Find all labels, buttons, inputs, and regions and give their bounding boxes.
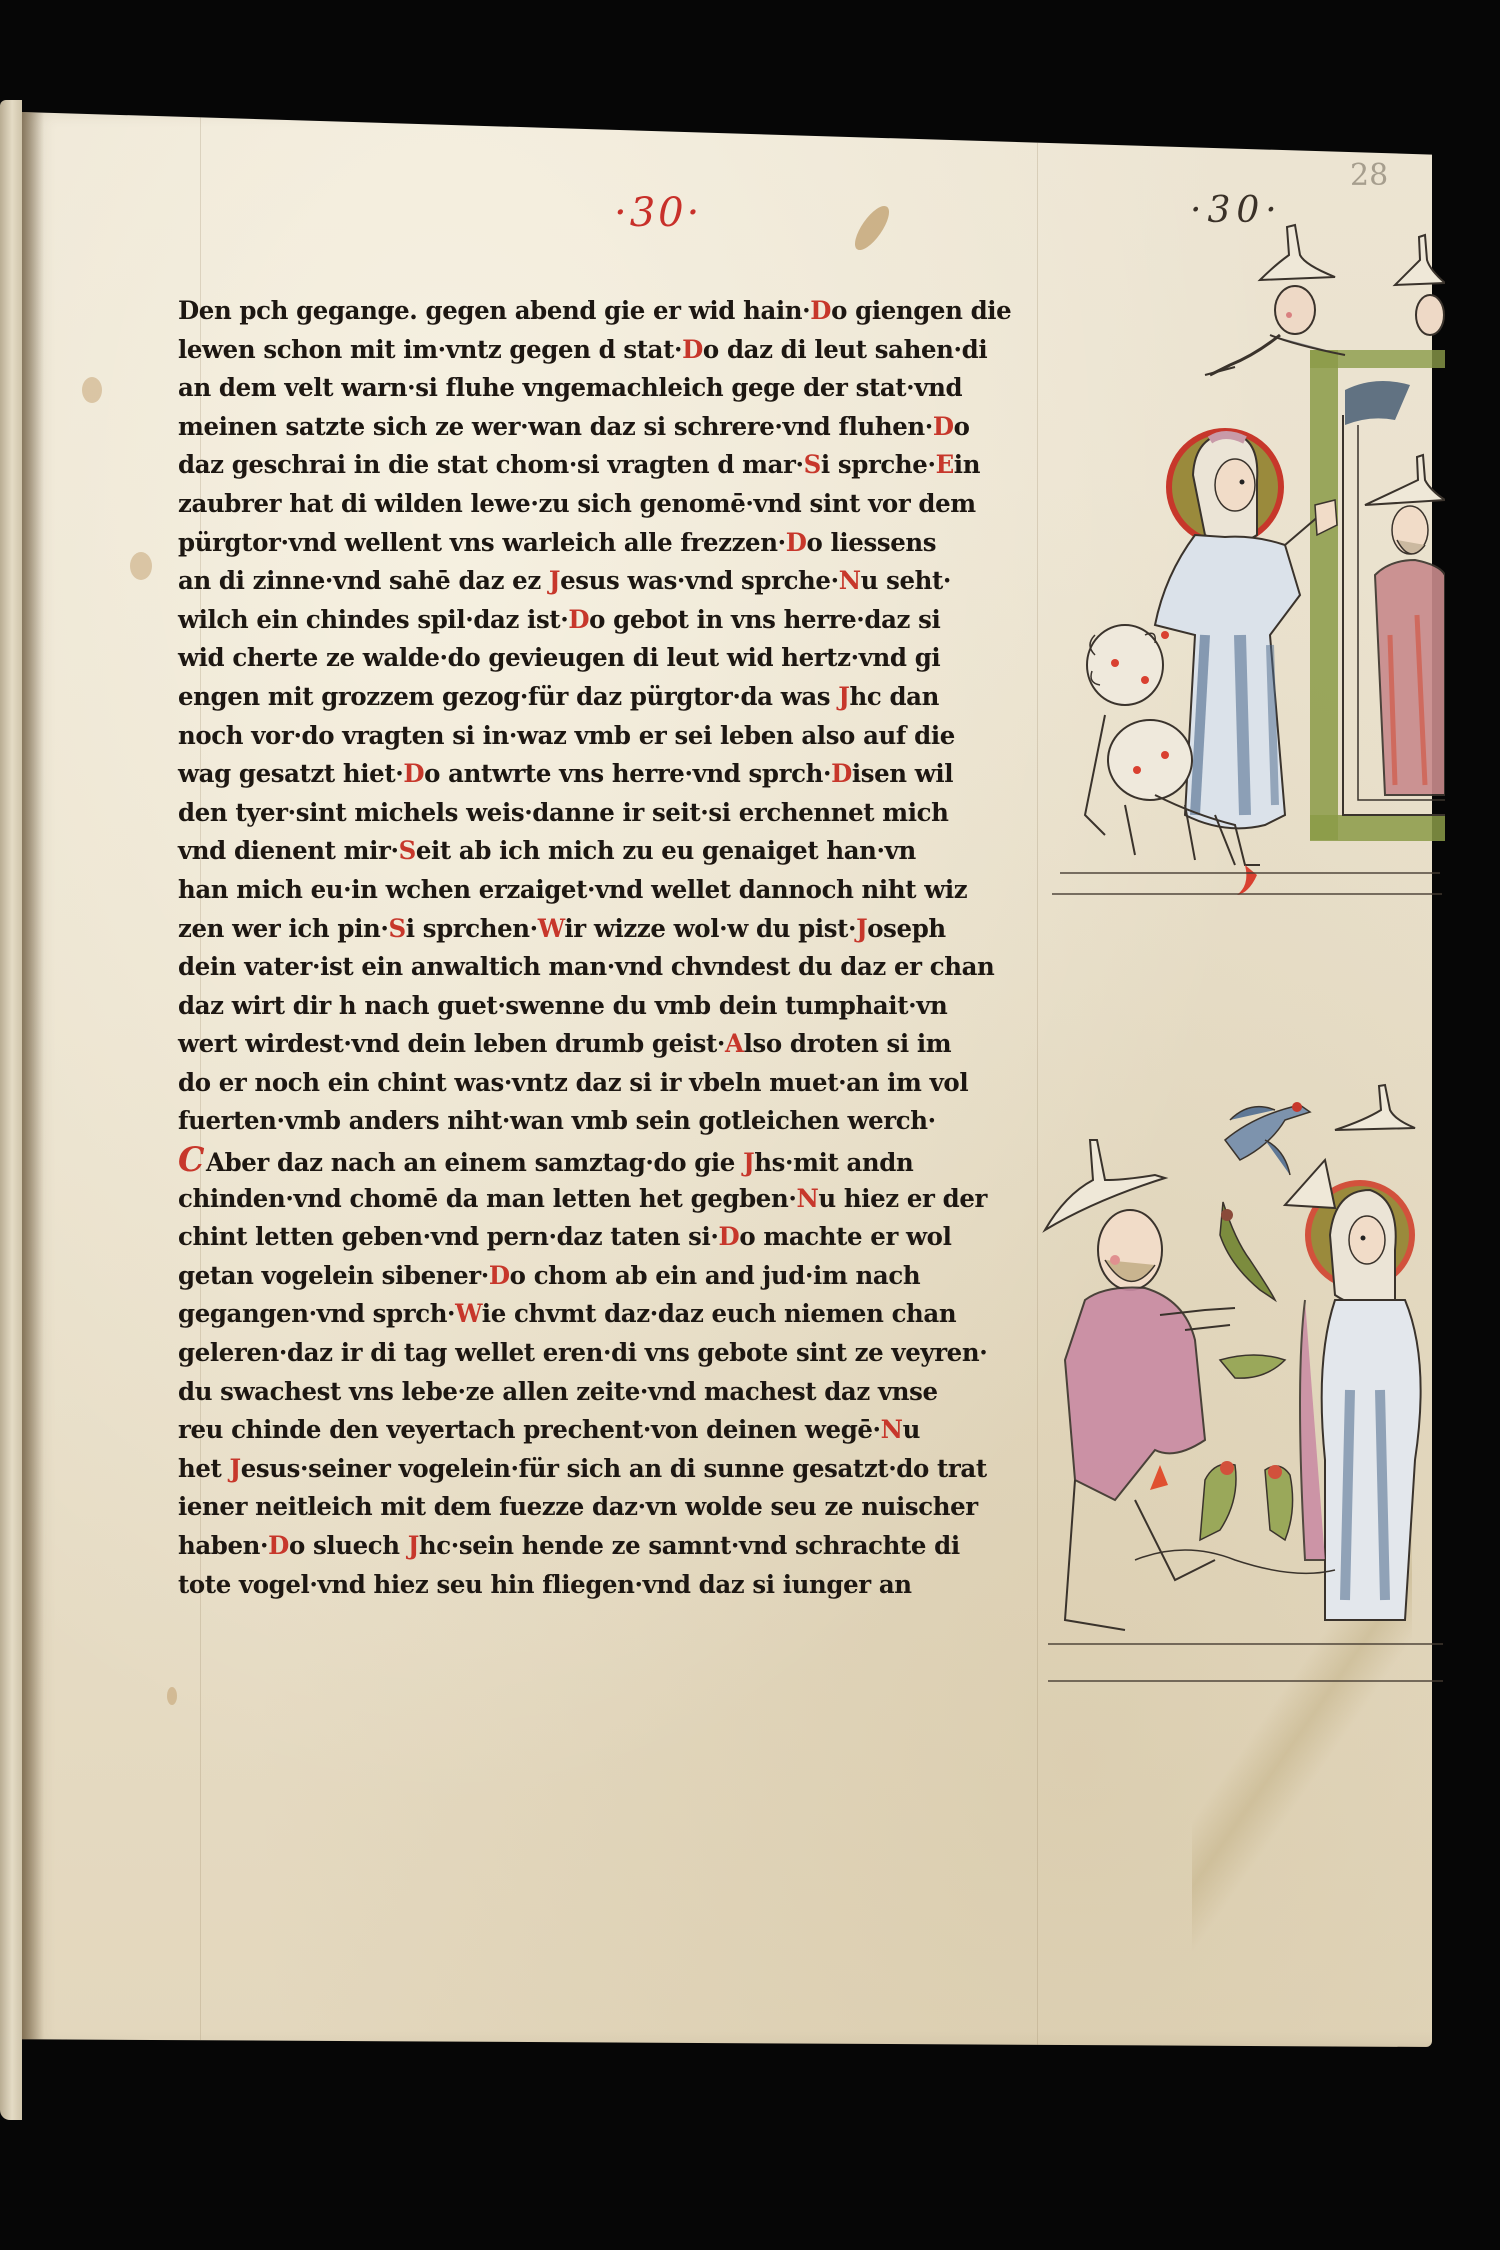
rubricated-letter: J	[549, 566, 560, 595]
gutter-shadow	[22, 112, 44, 2047]
manuscript-text-line: meinen satzte sich ze wer·wan daz si sch…	[178, 408, 1038, 447]
rubricated-letter: D	[568, 605, 589, 634]
rubricated-letter: D	[719, 1222, 740, 1251]
text-segment: zen wer ich pin·	[178, 914, 388, 943]
text-segment: zaubrer hat di wilden lewe·zu sich genom…	[178, 489, 976, 518]
text-segment: fuerten·vmb anders niht·wan vmb sein got…	[178, 1106, 936, 1135]
manuscript-text-line: haben·Do sluech Jhc·sein hende ze samnt·…	[178, 1527, 1038, 1566]
text-segment: o daz di leut sahen·di	[703, 335, 987, 364]
text-segment: i sprche·	[821, 450, 936, 479]
text-segment: noch vor·do vragten si in·waz vmb er sei…	[178, 721, 955, 750]
text-segment: do er noch ein chint was·vntz daz si ir …	[178, 1068, 968, 1097]
adjacent-page-edge	[0, 100, 22, 2120]
text-segment: chint letten geben·vnd pern·daz taten si…	[178, 1222, 719, 1251]
folio-number-pencil: 28	[1350, 158, 1388, 193]
manuscript-text-line: wert wirdest·vnd dein leben drumb geist·…	[178, 1025, 1038, 1064]
text-segment: wilch ein chindes spil·daz ist·	[178, 605, 568, 634]
text-segment: o liessens	[807, 528, 937, 557]
text-segment: o chom ab ein and jud·im nach	[510, 1261, 921, 1290]
illustration-frame-line	[1060, 872, 1440, 874]
rubricated-letter: J	[838, 682, 849, 711]
manuscript-text-line: den tyer·sint michels weis·danne ir seit…	[178, 794, 1038, 833]
text-segment: reu chinde den veyertach prechent·von de…	[178, 1415, 881, 1444]
text-segment: isen wil	[852, 759, 953, 788]
manuscript-text-line: zen wer ich pin·Si sprchen·Wir wizze wol…	[178, 910, 1038, 949]
manuscript-text-line: an di zinne·vnd sahē daz ez Jesus was·vn…	[178, 562, 1038, 601]
text-segment: pürgtor·vnd wellent vns warleich alle fr…	[178, 528, 786, 557]
manuscript-text-line: du swachest vns lebe·ze allen zeite·vnd …	[178, 1373, 1038, 1412]
text-segment: o machte er wol	[739, 1222, 951, 1251]
clay-birds-drawing	[1035, 1060, 1445, 1680]
manuscript-text-line: Den pch gegange. gegen abend gie er wid …	[178, 292, 1038, 331]
text-segment: geleren·daz ir di tag wellet eren·di vns…	[178, 1338, 987, 1367]
manuscript-text-line: daz wirt dir h nach guet·swenne du vmb d…	[178, 987, 1038, 1026]
rubricated-letter: D	[403, 759, 424, 788]
text-segment: o	[954, 412, 970, 441]
manuscript-text-line: tote vogel·vnd hiez seu hin fliegen·vnd …	[178, 1566, 1038, 1605]
text-segment: lso droten si im	[744, 1029, 952, 1058]
rubricated-letter: D	[268, 1531, 289, 1560]
text-segment: esus was·vnd sprche·	[560, 566, 839, 595]
text-segment: hs·mit andn	[754, 1148, 913, 1177]
text-segment: eit ab ich mich zu eu genaiget han·vn	[416, 836, 916, 865]
manuscript-text-line: an dem velt warn·si fluhe vngemachleich …	[178, 369, 1038, 408]
rubricated-letter: D	[933, 412, 954, 441]
manuscript-text-line: lewen schon mit im·vntz gegen d stat·Do …	[178, 331, 1038, 370]
text-segment: o gebot in vns herre·daz si	[589, 605, 940, 634]
text-segment: du swachest vns lebe·ze allen zeite·vnd …	[178, 1377, 938, 1406]
rubricated-letter: D	[831, 759, 852, 788]
text-segment: in	[954, 450, 980, 479]
manuscript-text-line: pürgtor·vnd wellent vns warleich alle fr…	[178, 524, 1038, 563]
manuscript-text-line: do er noch ein chint was·vntz daz si ir …	[178, 1064, 1038, 1103]
manuscript-scan: ·30· ·30· 28 Den pch gegange. gegen aben…	[0, 0, 1500, 2250]
rubricated-letter: D	[810, 296, 831, 325]
text-segment: iener neitleich mit dem fuezze daz·vn wo…	[178, 1492, 978, 1521]
manuscript-text-line: getan vogelein sibener·Do chom ab ein an…	[178, 1257, 1038, 1296]
rubricated-letter: E	[936, 450, 954, 479]
text-segment: u	[903, 1415, 920, 1444]
illustration-frame-line	[1048, 1680, 1443, 1682]
text-segment: hc dan	[849, 682, 938, 711]
manuscript-text-line: wilch ein chindes spil·daz ist·Do gebot …	[178, 601, 1038, 640]
manuscript-text-line: daz geschrai in die stat chom·si vragten…	[178, 446, 1038, 485]
text-segment: ie chvmt daz·daz euch niemen chan	[482, 1299, 956, 1328]
text-segment: esus·seiner vogelein·für sich an di sunn…	[241, 1454, 987, 1483]
rubricated-letter: S	[388, 914, 405, 943]
text-segment: o giengen die	[831, 296, 1011, 325]
text-segment: lewen schon mit im·vntz gegen d stat·	[178, 335, 682, 364]
manuscript-text-line: dein vater·ist ein anwaltich man·vnd chv…	[178, 948, 1038, 987]
illustration-jesus-with-lions	[1045, 215, 1445, 905]
text-segment: gegangen·vnd sprch·	[178, 1299, 455, 1328]
text-segment: vnd dienent mir·	[178, 836, 399, 865]
rubricated-letter: W	[455, 1299, 482, 1328]
stain	[82, 377, 102, 403]
stain	[167, 1687, 177, 1705]
text-segment: daz geschrai in die stat chom·si vragten…	[178, 450, 804, 479]
illustration-frame-line	[1052, 893, 1442, 895]
manuscript-text-line: CAber daz nach an einem samztag·do gie J…	[178, 1141, 1038, 1180]
text-segment: haben·	[178, 1531, 268, 1560]
illustration-frame-line	[1048, 1643, 1443, 1645]
rubricated-letter: W	[538, 914, 565, 943]
text-segment: o sluech	[289, 1531, 408, 1560]
text-segment: hc·sein hende ze samnt·vnd schrachte di	[419, 1531, 960, 1560]
rubricated-letter: S	[399, 836, 416, 865]
manuscript-text-line: fuerten·vmb anders niht·wan vmb sein got…	[178, 1102, 1038, 1141]
folio-number-rubricated: ·30·	[614, 190, 702, 236]
manuscript-text-line: han mich eu·in wchen erzaiget·vnd wellet…	[178, 871, 1038, 910]
text-segment: tote vogel·vnd hiez seu hin fliegen·vnd …	[178, 1570, 912, 1599]
text-segment: an di zinne·vnd sahē daz ez	[178, 566, 549, 595]
manuscript-text-line: engen mit grozzem gezog·für daz pürgtor·…	[178, 678, 1038, 717]
text-segment: getan vogelein sibener·	[178, 1261, 489, 1290]
text-segment: het	[178, 1454, 230, 1483]
rubricated-letter: D	[786, 528, 807, 557]
stain	[130, 552, 152, 580]
rubricated-letter: S	[804, 450, 821, 479]
rubricated-letter: J	[856, 914, 867, 943]
rubricated-letter: A	[725, 1029, 744, 1058]
manuscript-text-line: vnd dienent mir·Seit ab ich mich zu eu g…	[178, 832, 1038, 871]
text-segment: o antwrte vns herre·vnd sprch·	[424, 759, 831, 788]
text-segment: Aber daz nach an einem samztag·do gie	[206, 1148, 743, 1177]
manuscript-text-line: wid cherte ze walde·do gevieugen di leut…	[178, 639, 1038, 678]
manuscript-text-line: reu chinde den veyertach prechent·von de…	[178, 1411, 1038, 1450]
rubricated-initial: C	[178, 1141, 204, 1180]
rubricated-letter: N	[796, 1184, 818, 1213]
rubricated-letter: J	[408, 1531, 419, 1560]
text-segment: wert wirdest·vnd dein leben drumb geist·	[178, 1029, 725, 1058]
text-segment: wid cherte ze walde·do gevieugen di leut…	[178, 643, 940, 672]
text-segment: ir wizze wol·w du pist·	[564, 914, 856, 943]
manuscript-text-line: geleren·daz ir di tag wellet eren·di vns…	[178, 1334, 1038, 1373]
rubricated-letter: N	[839, 566, 861, 595]
text-segment: meinen satzte sich ze wer·wan daz si sch…	[178, 412, 933, 441]
text-segment: Den pch gegange. gegen abend gie er wid …	[178, 296, 810, 325]
text-segment: den tyer·sint michels weis·danne ir seit…	[178, 798, 949, 827]
rubricated-letter: N	[881, 1415, 903, 1444]
text-segment: i sprchen·	[406, 914, 538, 943]
manuscript-text-line: chint letten geben·vnd pern·daz taten si…	[178, 1218, 1038, 1257]
manuscript-text-line: noch vor·do vragten si in·waz vmb er sei…	[178, 717, 1038, 756]
stain	[849, 201, 895, 255]
text-column: Den pch gegange. gegen abend gie er wid …	[178, 292, 1058, 1604]
manuscript-text-line: chinden·vnd chomē da man letten het gegb…	[178, 1180, 1038, 1219]
lions-gate-drawing	[1045, 215, 1445, 905]
text-segment: oseph	[867, 914, 945, 943]
rubricated-letter: D	[682, 335, 703, 364]
manuscript-text-line: zaubrer hat di wilden lewe·zu sich genom…	[178, 485, 1038, 524]
text-segment: engen mit grozzem gezog·für daz pürgtor·…	[178, 682, 838, 711]
manuscript-text-line: gegangen·vnd sprch·Wie chvmt daz·daz euc…	[178, 1295, 1038, 1334]
rubricated-letter: J	[743, 1148, 754, 1177]
manuscript-text-line: het Jesus·seiner vogelein·für sich an di…	[178, 1450, 1038, 1489]
text-segment: u hiez er der	[818, 1184, 987, 1213]
manuscript-text-line: iener neitleich mit dem fuezze daz·vn wo…	[178, 1488, 1038, 1527]
text-segment: han mich eu·in wchen erzaiget·vnd wellet…	[178, 875, 967, 904]
text-segment: dein vater·ist ein anwaltich man·vnd chv…	[178, 952, 994, 981]
manuscript-text-line: wag gesatzt hiet·Do antwrte vns herre·vn…	[178, 755, 1038, 794]
text-segment: chinden·vnd chomē da man letten het gegb…	[178, 1184, 796, 1213]
text-segment: wag gesatzt hiet·	[178, 759, 403, 788]
rubricated-letter: J	[230, 1454, 241, 1483]
illustration-jesus-clay-birds	[1035, 1060, 1445, 1680]
rubricated-letter: D	[489, 1261, 510, 1290]
text-segment: u seht·	[861, 566, 951, 595]
text-segment: daz wirt dir h nach guet·swenne du vmb d…	[178, 991, 947, 1020]
text-segment: an dem velt warn·si fluhe vngemachleich …	[178, 373, 962, 402]
